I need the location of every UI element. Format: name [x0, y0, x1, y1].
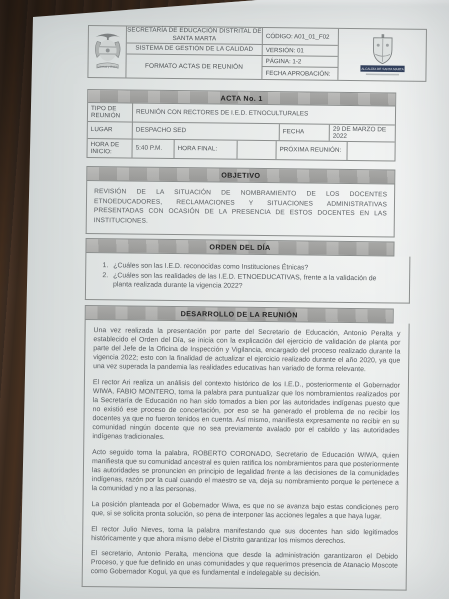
alcaldia-crest-caption: ALCALDÍA DE SANTA MARTA — [361, 66, 404, 70]
desarrollo-paragraph: Una vez realizada la presentación por pa… — [93, 327, 400, 375]
acta-document: Libertad y Orden SECRETARÍA DE EDUCACIÓN… — [82, 25, 427, 591]
header-code: CÓDIGO: A01_01_F02 — [262, 28, 338, 46]
coat-of-arms-motto: Libertad y Orden — [97, 64, 117, 68]
acta-info-table: ACTA No. 1 TIPO DE REUNIÓN REUNIÓN CON R… — [86, 89, 396, 162]
next-meeting-label: PRÓXIMA REUNIÓN: — [276, 141, 347, 160]
start-time-value: 5:40 P.M. — [132, 140, 174, 158]
header-approval-date: FECHA APROBACIÓN: — [261, 67, 337, 80]
end-time-value — [237, 141, 276, 159]
desarrollo-paragraph: Acto seguido toma la palabra, ROBERTO CO… — [92, 449, 399, 497]
objetivo-section: OBJETIVO REVISIÓN DE LA SITUACIÓN DE NOM… — [86, 166, 426, 238]
date-value: 29 DE MARZO DE 2022 — [330, 125, 395, 142]
next-meeting-value — [347, 142, 394, 161]
orden-item-number: 2. — [96, 271, 113, 290]
photo-background: Libertad y Orden SECRETARÍA DE EDUCACIÓN… — [0, 0, 449, 599]
coat-of-arms-icon: Libertad y Orden — [88, 26, 127, 77]
meeting-type-label: TIPO DE REUNIÓN — [88, 103, 133, 122]
objetivo-body: REVISIÓN DE LA SITUACIÓN DE NOMBRAMIENTO… — [86, 181, 396, 238]
date-label: FECHA — [280, 124, 330, 141]
orden-item: 2. ¿Cuáles son las realidades de las I.E… — [96, 271, 403, 293]
header-page: PÁGINA: 1-2 — [262, 56, 338, 68]
header-form-title: FORMATO ACTAS DE REUNIÓN — [126, 54, 261, 79]
start-time-label: HORA DE INICIO: — [88, 139, 133, 158]
orden-item-text: ¿Cuáles son las realidades de las I.E.D.… — [113, 271, 403, 293]
orden-del-dia-body: 1. ¿Cuáles son las I.E.D. reconocidas co… — [85, 253, 411, 304]
header-version: VERSIÓN: 01 — [262, 45, 338, 57]
desarrollo-paragraph: El rector Julio Nieves, toma la palabra … — [91, 526, 398, 547]
place-date-row: LUGAR DESPACHO SED FECHA 29 DE MARZO DE … — [88, 121, 395, 141]
desarrollo-body: Una vez realizada la presentación por pa… — [82, 320, 410, 591]
desarrollo-paragraph: La posición planteada por el Gobernador … — [91, 501, 398, 522]
header-entity-name: SECRETARÍA DE EDUCACIÓN DISTRITAL DE SAN… — [127, 26, 262, 45]
desarrollo-paragraph: El secretario, Antonio Peralta, menciona… — [91, 551, 398, 581]
document-header-table: Libertad y Orden SECRETARÍA DE EDUCACIÓN… — [87, 25, 427, 82]
desarrollo-paragraph: El rector Ari realiza un análisis del co… — [92, 379, 400, 445]
place-label: LUGAR — [88, 122, 133, 139]
objetivo-text: REVISIÓN DE LA SITUACIÓN DE NOMBRAMIENTO… — [87, 181, 395, 237]
place-value: DESPACHO SED — [133, 123, 280, 141]
orden-item-number: 1. — [96, 261, 113, 271]
time-row: HORA DE INICIO: 5:40 P.M. HORA FINAL: PR… — [88, 138, 395, 160]
meeting-type-value: REUNIÓN CON RECTORES DE I.E.D. ETNOCULTU… — [133, 104, 395, 125]
desarrollo-section: DESARROLLO DE LA REUNIÓN Una vez realiza… — [82, 305, 424, 591]
orden-del-dia-section: ORDEN DEL DÍA 1. ¿Cuáles son las I.E.D. … — [85, 238, 425, 304]
meeting-type-row: TIPO DE REUNIÓN REUNIÓN CON RECTORES DE … — [88, 102, 395, 124]
alcaldia-crest-icon: ALCALDÍA DE SANTA MARTA — [337, 29, 426, 81]
end-time-label: HORA FINAL: — [174, 140, 237, 159]
